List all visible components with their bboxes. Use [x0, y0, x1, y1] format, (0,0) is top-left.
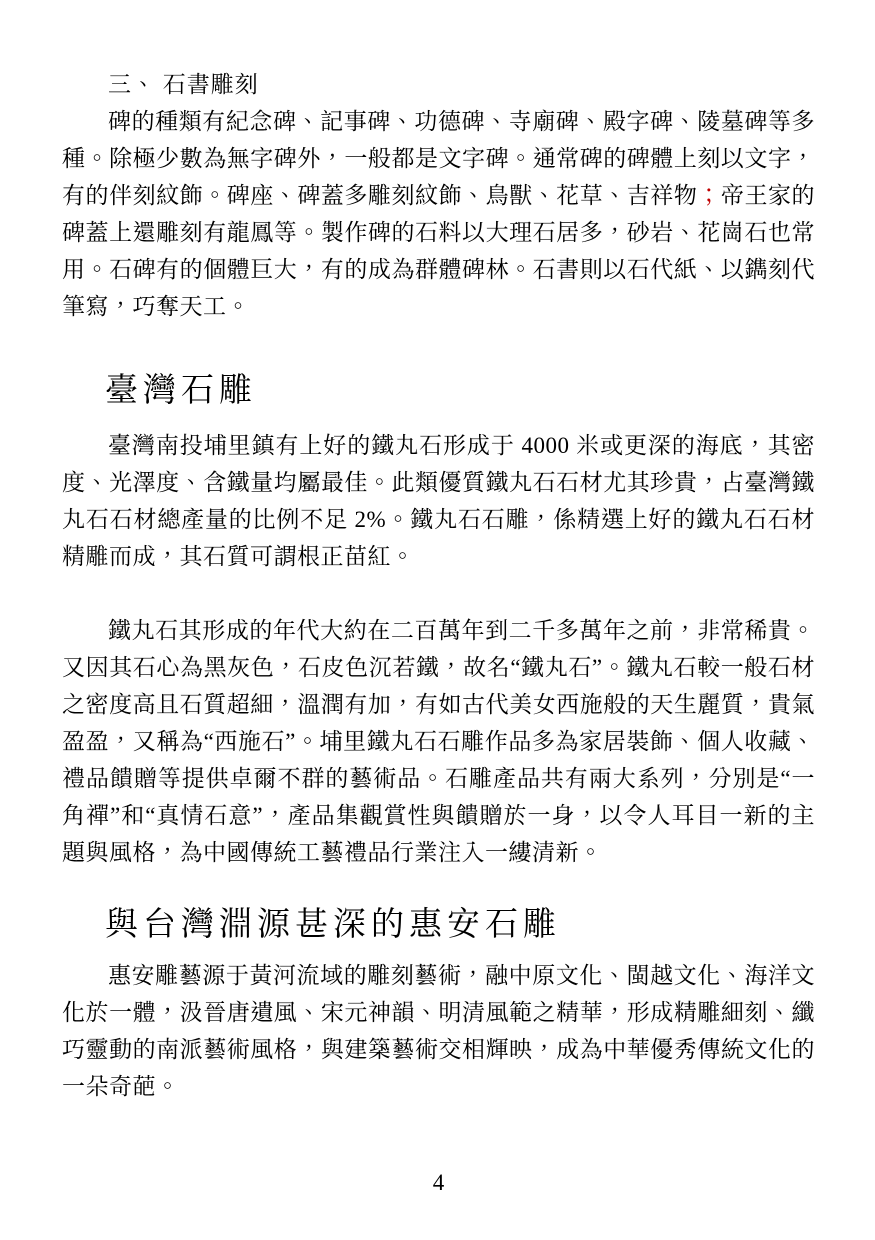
paragraph-taiwan-iron-ball-stone-2: 鐵丸石其形成的年代大約在二百萬年到二千多萬年之前，非常稀貴。又因其石心為黑灰色，… — [62, 612, 815, 871]
heading-taiwan-stone-carving: 臺灣石雕 — [105, 369, 815, 413]
paragraph-huian-carving-art: 惠安雕藝源于黃河流域的雕刻藝術，融中原文化、閩越文化、海洋文化於一體，汲晉唐遺風… — [62, 957, 815, 1105]
heading-huian-stone-carving: 與台灣淵源甚深的惠安石雕 — [105, 903, 815, 947]
document-page: 三、 石書雕刻 碑的種類有紀念碑、記事碑、功德碑、寺廟碑、殿字碑、陵墓碑等多種。… — [0, 0, 875, 1240]
paragraph-stele-types: 碑的種類有紀念碑、記事碑、功德碑、寺廟碑、殿字碑、陵墓碑等多種。除極少數為無字碑… — [62, 103, 815, 325]
page-number: 4 — [62, 1168, 815, 1198]
red-semicolon: ； — [697, 183, 721, 208]
section-heading-stone-book-carving: 三、 石書雕刻 — [62, 66, 815, 103]
paragraph-taiwan-iron-ball-stone-1: 臺灣南投埔里鎮有上好的鐵丸石形成于 4000 米或更深的海底，其密度、光澤度、含… — [62, 427, 815, 575]
